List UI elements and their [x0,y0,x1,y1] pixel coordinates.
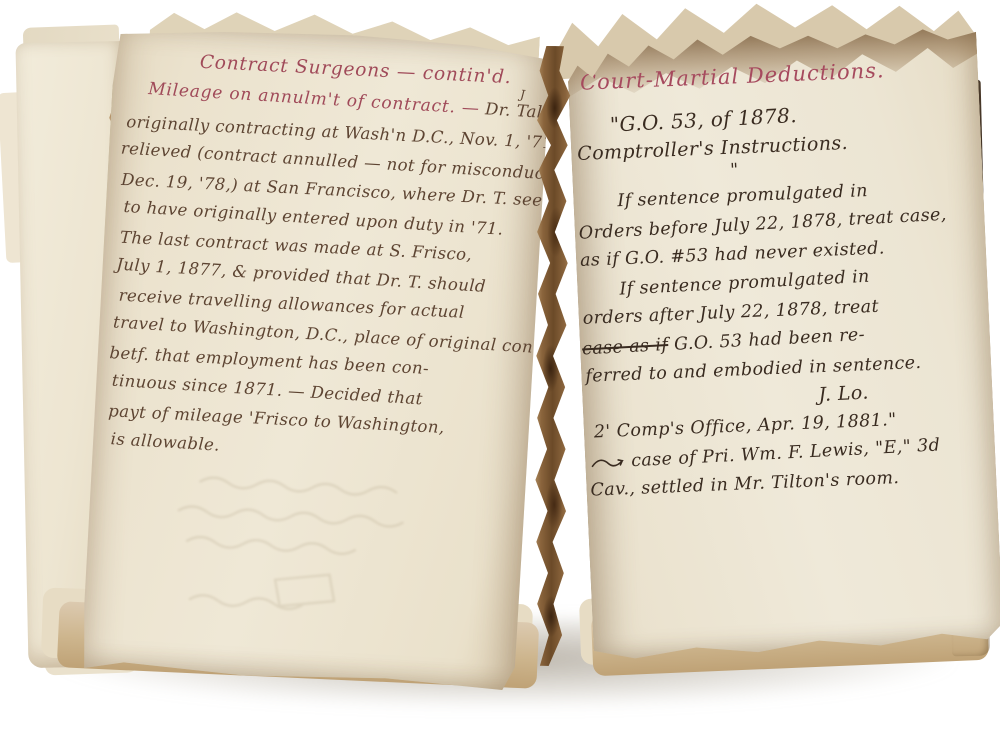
photograph-of-open-manuscript-notebook: Contract Surgeons — contin'd. Mileage on… [0,0,1000,751]
topic-red-text: Mileage on annulm't of contract. — [148,79,481,119]
ink-bleed-through [153,465,491,637]
manuscript-line: is allowable. [110,429,220,455]
left-page-heading: Contract Surgeons — contin'd. [199,52,512,88]
manuscript-line: as if G.O. #53 had never existed. [580,238,885,270]
manuscript-line: Comptroller's Instructions. [577,132,849,165]
manuscript-line-with-strikethrough: case as if G.O. 53 had been re- [582,325,866,360]
manuscript-line: orders after July 22, 1878, treat [582,297,879,329]
struck-text: case as if [582,335,669,359]
ditto-mark: " [730,160,739,180]
manuscript-line: ferred to and embodied in sentence. [585,353,922,387]
flourish-arrow-icon [591,456,626,470]
manuscript-line: "G.O. 53, of 1878. [609,103,797,137]
manuscript-line: 2' Comp's Office, Apr. 19, 1881." [594,410,897,442]
signature-initials: J. Lo. [818,381,869,406]
left-page: Contract Surgeons — contin'd. Mileage on… [80,22,551,693]
manuscript-line: Cav., settled in Mr. Tilton's room. [590,468,900,501]
manuscript-line: If sentence promulgated in [619,267,870,300]
after-struck-text: G.O. 53 had been re- [668,325,866,355]
right-page: Court-Martial Deductions. "G.O. 53, of 1… [566,19,1000,663]
manuscript-line: If sentence promulgated in [617,181,868,211]
insertion-mark: J [520,87,526,101]
